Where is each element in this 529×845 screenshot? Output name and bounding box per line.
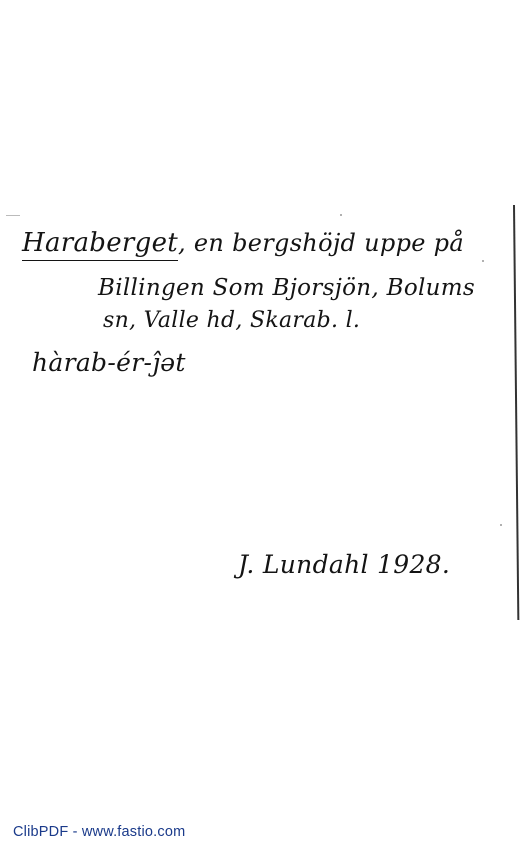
scanned-page: Haraberget, en bergshöjd uppe på Billing… <box>0 0 529 845</box>
footer-watermark: ClibPDF - www.fastio.com <box>13 824 185 840</box>
margin-rule-line <box>513 205 519 620</box>
pronunciation-transcription: hàrab-ér-ĵət <box>32 348 186 377</box>
scan-speck <box>340 214 342 216</box>
scan-artifact-mark <box>6 215 20 216</box>
entry-line-1-text: , en bergshöjd uppe på <box>178 229 464 257</box>
scan-speck <box>482 260 484 262</box>
headword: Haraberget <box>22 228 178 261</box>
entry-line-1: Haraberget, en bergshöjd uppe på <box>22 228 464 258</box>
entry-line-2: Billingen Som Bjorsjön, Bolums <box>98 275 475 301</box>
signature: J. Lundahl 1928. <box>238 550 450 579</box>
entry-line-3: sn, Valle hd, Skarab. l. <box>103 308 360 333</box>
scan-speck <box>500 524 502 526</box>
